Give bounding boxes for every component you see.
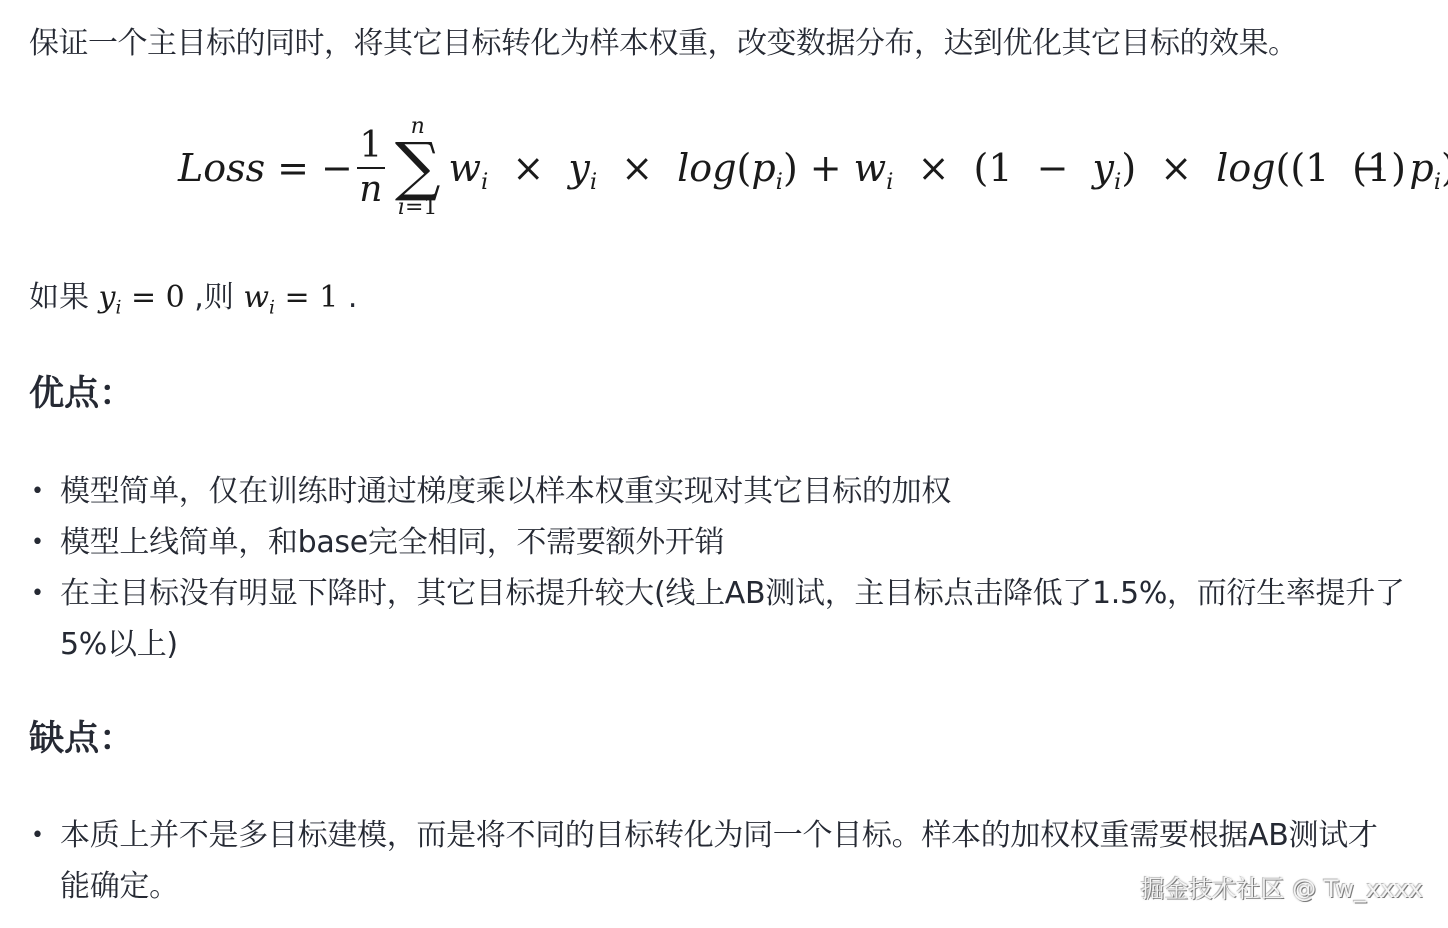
loss-equation: Loss = − 1 n n ∑ i=1 wi × yi × log(pi) + [178,108,1418,228]
list-item-text: 在主目标没有明显下降时，其它目标提升较大(线上AB测试，主目标点击降低了1.5%… [60,568,1405,670]
term2-y: y [1093,146,1114,190]
term2-w-sub: i [886,169,893,195]
term2-log: log [1216,146,1275,190]
term1-y: y [568,146,589,190]
term2-times2: × [1160,146,1192,190]
condition-paragraph: 如果 yi = 0 ,则 wi = 1 . [29,278,357,318]
term2-arg-close: )) [1441,146,1448,190]
watermark: 掘金技术社区 @ Tw_xxxx [1141,869,1423,904]
eq-plus: + [810,146,842,190]
bullet-icon: • [31,466,44,517]
condition-prefix: 如果 [29,280,99,315]
term2-arg-open: ((1 [1276,146,1330,190]
term1-times2: × [621,146,653,190]
term1-times1: × [512,146,544,190]
article-page: 保证一个主目标的同时，将其它目标转化为样本权重，改变数据分布，达到优化其它目标的… [0,0,1448,928]
equation-number: (1) [1352,108,1418,228]
equation-body: Loss = − 1 n n ∑ i=1 wi × yi × log(pi) + [178,108,1448,228]
eq-minus: − [321,146,353,190]
term2-times1: × [918,146,950,190]
term1-log: log [677,146,736,190]
bullet-icon: • [31,568,44,619]
list-item-text: 模型简单，仅在训练时通过梯度乘以样本权重实现对其它目标的加权 [60,466,1405,517]
term1-paren-close: ) [783,146,798,190]
frac-numerator: 1 [359,125,382,167]
cond-y: y [99,280,116,315]
sum-lower-limit: i=1 [398,197,437,219]
term2-p-sub: i [1434,169,1441,195]
term1-p: p [751,146,775,190]
term1-w: w [449,146,482,190]
term2-w: w [854,146,887,190]
term1-w-sub: i [481,169,488,195]
cond-eq2: = 1 [275,280,338,315]
term1-y-sub: i [590,169,597,195]
pros-list: •模型简单，仅在训练时通过梯度乘以样本权重实现对其它目标的加权 •模型上线简单，… [29,466,1429,670]
term1-p-sub: i [776,169,783,195]
bullet-icon: • [31,517,44,568]
eq-summation: n ∑ i=1 [395,117,441,219]
pros-heading: 优点： [29,374,134,414]
intro-paragraph: 保证一个主目标的同时，将其它目标转化为样本权重，改变数据分布，达到优化其它目标的… [29,24,1298,64]
cond-eq1: = 0 [121,280,184,315]
list-item: •模型简单，仅在训练时通过梯度乘以样本权重实现对其它目标的加权 [29,466,1429,517]
term1-paren-open: ( [737,146,752,190]
term2-open: (1 [974,146,1013,190]
list-item-text: 模型上线简单，和base完全相同，不需要额外开销 [60,517,1405,568]
eq-term1: wi × yi × log(pi) [449,146,798,190]
eq-lhs: Loss [178,146,265,190]
sum-start: =1 [405,195,437,220]
cond-w: w [243,280,269,315]
condition-suffix: . [338,280,357,315]
cons-heading: 缺点： [29,719,134,759]
list-item: •在主目标没有明显下降时，其它目标提升较大(线上AB测试，主目标点击降低了1.5… [29,568,1429,670]
bullet-icon: • [31,810,44,861]
term2-minus: − [1037,146,1069,190]
eq-fraction: 1 n [357,125,385,211]
list-item: •模型上线简单，和base完全相同，不需要额外开销 [29,517,1429,568]
condition-math-y: yi = 0 [99,280,185,315]
sigma-symbol: ∑ [395,137,441,197]
condition-middle: ,则 [185,280,244,315]
eq-equals: = [277,146,309,190]
condition-math-w: wi = 1 [243,280,338,315]
term2-close: ) [1121,146,1136,190]
frac-denominator: n [359,169,382,211]
sum-index: i [398,195,405,220]
